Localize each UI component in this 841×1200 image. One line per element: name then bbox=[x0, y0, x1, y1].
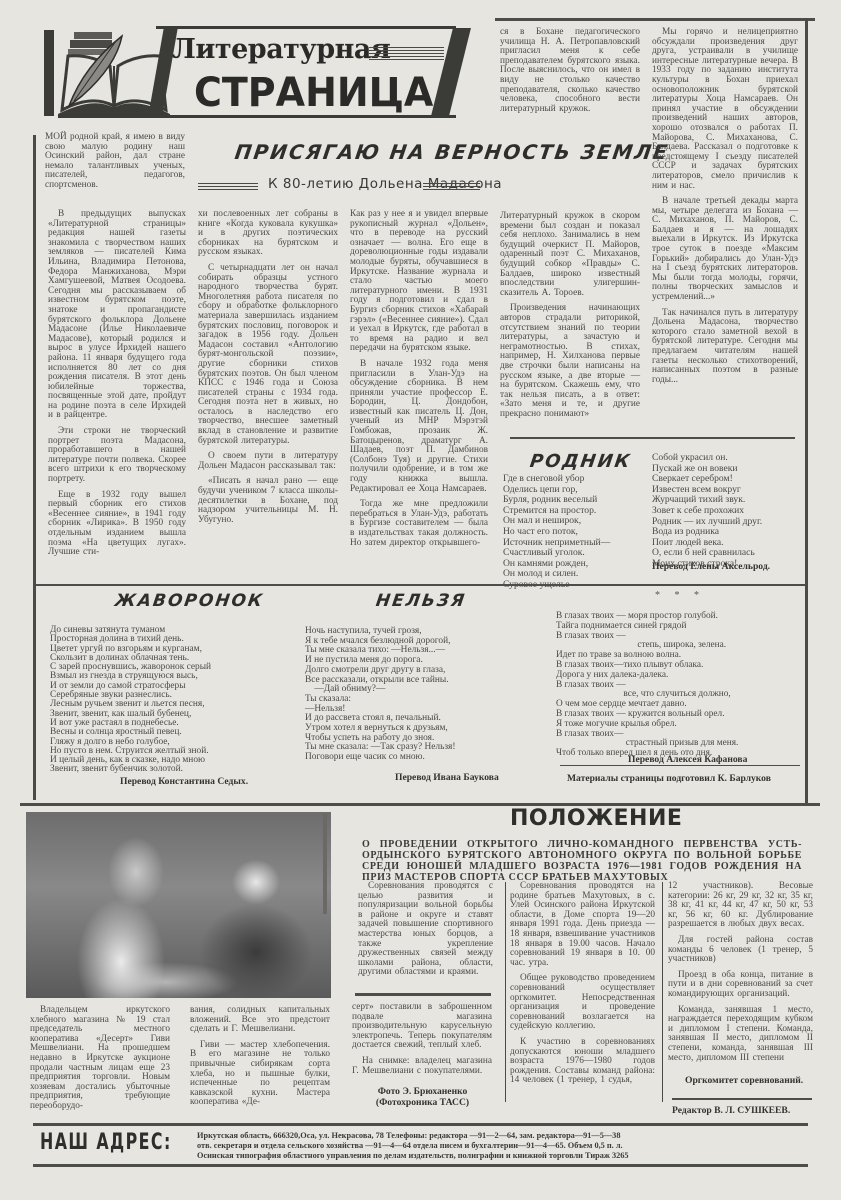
polozhenie-col1: Соревнования проводятся с целью развития… bbox=[358, 882, 493, 984]
poem-rodnik-col2: Собой украсил он. Пускай же он вовеки Св… bbox=[652, 453, 762, 570]
polozhenie-signature: Оргкомитет соревнований. bbox=[685, 1075, 803, 1086]
bakery-col3: серт» поставили в заброшенном подвале ма… bbox=[352, 1003, 492, 1082]
polozhenie-title: ПОЛОЖЕНИЕ bbox=[510, 806, 682, 831]
footer-address: Иркутская область, 666320,Оса, ул. Некра… bbox=[197, 1131, 629, 1161]
poem-nelzya-text: Ночь наступила, тучей грозя, Я к тебе мч… bbox=[305, 627, 455, 763]
poem-zhavoronok-text: До синевы затянута туманом Просторная до… bbox=[50, 626, 211, 775]
editor-rule bbox=[672, 1098, 812, 1100]
top-rule bbox=[495, 18, 815, 21]
left-border bbox=[33, 135, 36, 800]
masthead: Литературная СТРАНИЦА bbox=[44, 26, 459, 120]
poem-nelzya-title: НЕЛЬЗЯ bbox=[375, 591, 468, 611]
feature-col5: Мы горячо и нелицеприятно обсуждали прои… bbox=[652, 28, 798, 391]
poems-bottom-rule bbox=[20, 803, 820, 806]
footer-address-title: НАШ АДРЕС: bbox=[40, 1130, 172, 1155]
bakery-photo-credit: Фото Э. Брюханенко (Фотохроника ТАСС) bbox=[360, 1086, 485, 1108]
poems-top-rule bbox=[36, 584, 806, 586]
masthead-title-line2: СТРАНИЦА bbox=[194, 70, 433, 116]
masthead-rule bbox=[369, 46, 444, 60]
rodnik-rule bbox=[510, 437, 795, 439]
credit-rule bbox=[560, 765, 800, 766]
feature-col1: В предыдущих выпусках «Литературной стра… bbox=[48, 210, 186, 564]
feature-col4: ся в Бохане педагогического училища Н. А… bbox=[500, 28, 640, 120]
polozhenie-subtitle: О ПРОВЕДЕНИИ ОТКРЫТОГО ЛИЧНО-КОМАНДНОГО … bbox=[362, 839, 802, 883]
bakery-divider bbox=[355, 993, 491, 996]
materials-credit: Материалы страницы подготовил К. Барлуко… bbox=[567, 773, 771, 784]
bakery-col1: Владельцем иркутского хлебного магазина … bbox=[30, 1006, 170, 1118]
poem-untitled-stars: * * * bbox=[655, 590, 705, 601]
poem-nelzya-credit: Перевод Ивана Баукова bbox=[395, 772, 499, 783]
feature-intro-text: МОЙ родной край, я имею в виду свою малу… bbox=[45, 132, 185, 190]
poem-rodnik-title: РОДНИК bbox=[529, 451, 633, 472]
polozhenie-col3: 12 участников). Весовые категории: 26 кг… bbox=[668, 882, 813, 1069]
editor-line: Редактор В. Л. СУШКЕЕВ. bbox=[672, 1105, 790, 1116]
polozhenie-col-divider-1 bbox=[505, 882, 506, 1102]
poem-untitled-credit: Перевод Алексея Кафанова bbox=[628, 754, 747, 765]
masthead-title-line1: Литературная bbox=[172, 34, 390, 65]
bakery-col2: вания, солидных капитальных вложений. Вс… bbox=[190, 1006, 330, 1114]
poem-zhavoronok-credit: Перевод Константина Седых. bbox=[120, 776, 248, 787]
feature-col3: Как раз у нее я и увидел впервые рукопис… bbox=[350, 210, 488, 554]
footer-bottom-rule bbox=[33, 1164, 808, 1167]
feature-col2: хи послевоенных лет собраны в книге «Ког… bbox=[198, 210, 338, 531]
bakery-photo bbox=[26, 812, 331, 998]
polozhenie-left-border bbox=[323, 814, 327, 914]
feature-intro: МОЙ родной край, я имею в виду свою малу… bbox=[45, 133, 185, 197]
right-border bbox=[805, 18, 808, 803]
polozhenie-col2: Соревнования проводятся на родине братье… bbox=[510, 882, 655, 1092]
poem-rodnik-credit: Перевод Елены Аксельрод. bbox=[652, 561, 770, 572]
footer-top-rule bbox=[33, 1123, 808, 1126]
feature-col4-cont: Литературный кружок в скором времени был… bbox=[500, 212, 640, 425]
poem-rodnik-col1: Где в снеговой убор Оделись цепи гор, Бу… bbox=[503, 474, 610, 591]
poem-untitled-text: В глазах твоих — моря простор голубой. Т… bbox=[556, 612, 738, 759]
poem-zhavoronok-title: ЖАВОРОНОК bbox=[114, 591, 266, 611]
polozhenie-col-divider-2 bbox=[662, 882, 663, 1102]
feature-title: ПРИСЯГАЮ НА ВЕРНОСТЬ ЗЕМЛЕ bbox=[233, 140, 670, 164]
